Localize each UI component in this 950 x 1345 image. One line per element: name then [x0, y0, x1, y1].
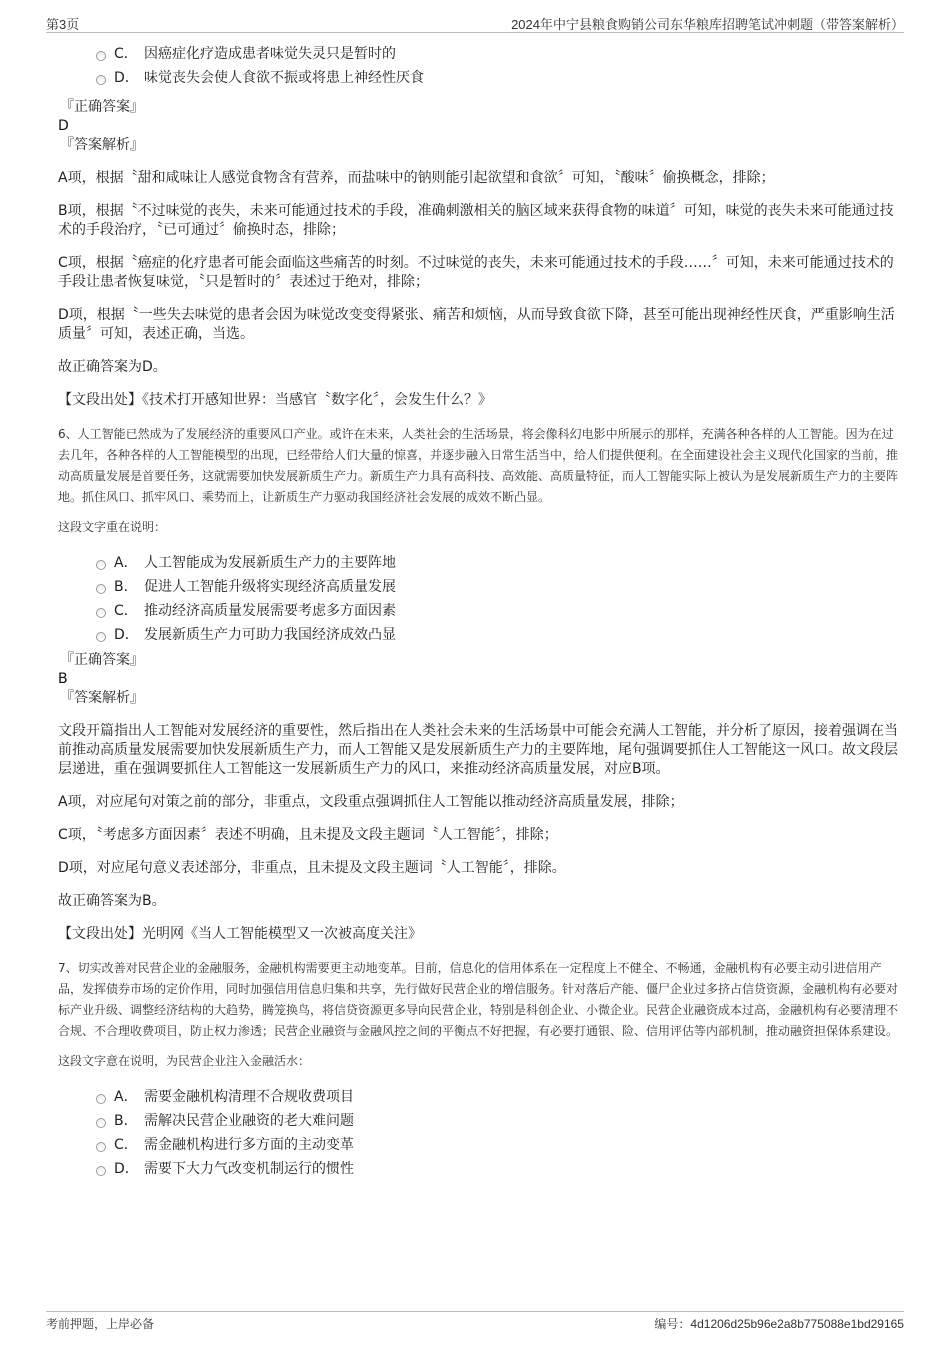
- option-c[interactable]: C． 推动经济高质量发展需要考虑多方面因素: [58, 599, 898, 623]
- analysis-paragraph: D项，对应尾句意义表述部分，非重点，且未提及文段主题词〝人工智能〞，排除。: [58, 859, 898, 878]
- radio-icon[interactable]: [96, 51, 106, 61]
- question-body: 人工智能已然成为了发展经济的重要风口产业。或许在未来，人类社会的生活场景，将会像…: [58, 427, 898, 504]
- option-a[interactable]: A． 需要金融机构清理不合规收费项目: [58, 1085, 898, 1109]
- option-letter: C．: [114, 42, 138, 66]
- option-letter: D．: [114, 1157, 139, 1181]
- page-number: 第3页: [46, 14, 79, 33]
- correct-answer: D: [58, 117, 898, 136]
- option-a[interactable]: A． 人工智能成为发展新质生产力的主要阵地: [58, 551, 898, 575]
- option-text: 发展新质生产力可助力我国经济成效凸显: [144, 623, 396, 647]
- question-6-text: 6、人工智能已然成为了发展经济的重要风口产业。或许在未来，人类社会的生活场景，将…: [58, 424, 898, 508]
- analysis-paragraph: 文段开篇指出人工智能对发展经济的重要性，然后指出在人类社会未来的生活场景中可能会…: [58, 722, 898, 779]
- analysis-conclusion: 故正确答案为B。: [58, 892, 898, 911]
- option-text: 人工智能成为发展新质生产力的主要阵地: [144, 551, 396, 575]
- radio-icon[interactable]: [96, 632, 106, 642]
- question-6-options: A． 人工智能成为发展新质生产力的主要阵地 B． 促进人工智能升级将实现经济高质…: [58, 551, 898, 647]
- option-c[interactable]: C． 需金融机构进行多方面的主动变革: [58, 1133, 898, 1157]
- option-letter: C．: [114, 1133, 138, 1157]
- question-number: 7、: [58, 961, 78, 975]
- question-7-options: A． 需要金融机构清理不合规收费项目 B． 需解决民营企业融资的老大难问题 C．…: [58, 1085, 898, 1181]
- radio-icon[interactable]: [96, 1094, 106, 1104]
- option-text: 促进人工智能升级将实现经济高质量发展: [144, 575, 396, 599]
- option-text: 推动经济高质量发展需要考虑多方面因素: [144, 599, 396, 623]
- question-stem: 这段文字意在说明，为民营企业注入金融活水：: [58, 1052, 898, 1071]
- option-text: 味觉丧失会使人食欲不振或将患上神经性厌食: [144, 66, 424, 90]
- option-letter: C．: [114, 599, 138, 623]
- option-letter: D．: [114, 66, 139, 90]
- option-letter: A．: [114, 1085, 138, 1109]
- radio-icon[interactable]: [96, 584, 106, 594]
- radio-icon[interactable]: [96, 75, 106, 85]
- option-d[interactable]: D． 需要下大力气改变机制运行的惯性: [58, 1157, 898, 1181]
- option-b[interactable]: B． 需解决民营企业融资的老大难问题: [58, 1109, 898, 1133]
- option-d[interactable]: D． 味觉丧失会使人食欲不振或将患上神经性厌食: [58, 66, 898, 90]
- option-text: 需要金融机构清理不合规收费项目: [144, 1085, 354, 1109]
- serial-number: 编号：4d1206d25b96e2a8b775088e1bd29165: [654, 1315, 904, 1332]
- option-text: 需解决民营企业融资的老大难问题: [144, 1109, 354, 1133]
- question-number: 6、: [58, 427, 78, 441]
- analysis-conclusion: 故正确答案为D。: [58, 358, 898, 377]
- option-letter: A．: [114, 551, 138, 575]
- option-b[interactable]: B． 促进人工智能升级将实现经济高质量发展: [58, 575, 898, 599]
- option-letter: B．: [114, 1109, 138, 1133]
- analysis-paragraph: B项，根据〝不过味觉的丧失，未来可能通过技术的手段，准确刺激相关的脑区域来获得食…: [58, 202, 898, 240]
- correct-answer: B: [58, 670, 898, 689]
- radio-icon[interactable]: [96, 608, 106, 618]
- radio-icon[interactable]: [96, 1166, 106, 1176]
- page-header: 第3页 2024年中宁县粮食购销公司东华粮库招聘笔试冲刺题（带答案解析）: [46, 14, 904, 33]
- analysis-paragraph: D项，根据〝一些失去味觉的患者会因为味觉改变变得紧张、痛苦和烦恼，从而导致食欲下…: [58, 306, 898, 344]
- option-text: 需金融机构进行多方面的主动变革: [144, 1133, 354, 1157]
- analysis-label: 『答案解析』: [60, 136, 898, 155]
- document-title: 2024年中宁县粮食购销公司东华粮库招聘笔试冲刺题（带答案解析）: [511, 14, 904, 33]
- question-7-text: 7、切实改善对民营企业的金融服务，金融机构需要更主动地变革。目前，信息化的信用体…: [58, 958, 898, 1042]
- analysis-paragraph: C项，〝考虑多方面因素〞表述不明确，且未提及文段主题词〝人工智能〞，排除；: [58, 826, 898, 845]
- question-stem: 这段文字重在说明：: [58, 518, 898, 537]
- correct-answer-label: 『正确答案』: [60, 98, 898, 117]
- analysis-label: 『答案解析』: [60, 689, 898, 708]
- correct-answer-label: 『正确答案』: [60, 651, 898, 670]
- option-letter: B．: [114, 575, 138, 599]
- option-c[interactable]: C． 因癌症化疗造成患者味觉失灵只是暂时的: [58, 42, 898, 66]
- document-body: C． 因癌症化疗造成患者味觉失灵只是暂时的 D． 味觉丧失会使人食欲不振或将患上…: [58, 42, 898, 1181]
- page-footer: 考前押题，上岸必备 编号：4d1206d25b96e2a8b775088e1bd…: [46, 1311, 904, 1332]
- analysis-paragraph: A项，根据〝甜和咸味让人感觉食物含有营养，而盐味中的钠则能引起欲望和食欲〞可知，…: [58, 169, 898, 188]
- option-d[interactable]: D． 发展新质生产力可助力我国经济成效凸显: [58, 623, 898, 647]
- footer-slogan: 考前押题，上岸必备: [46, 1315, 154, 1332]
- source-citation: 【文段出处】《技术打开感知世界：当感官〝数字化〞，会发生什么？》: [58, 391, 898, 410]
- analysis-paragraph: C项，根据〝癌症的化疗患者可能会面临这些痛苦的时刻。不过味觉的丧失，未来可能通过…: [58, 254, 898, 292]
- option-text: 需要下大力气改变机制运行的惯性: [144, 1157, 354, 1181]
- analysis-paragraph: A项，对应尾句对策之前的部分，非重点，文段重点强调抓住人工智能以推动经济高质量发…: [58, 793, 898, 812]
- radio-icon[interactable]: [96, 1142, 106, 1152]
- radio-icon[interactable]: [96, 1118, 106, 1128]
- source-citation: 【文段出处】光明网《当人工智能模型又一次被高度关注》: [58, 925, 898, 944]
- option-text: 因癌症化疗造成患者味觉失灵只是暂时的: [144, 42, 396, 66]
- question-5-options: C． 因癌症化疗造成患者味觉失灵只是暂时的 D． 味觉丧失会使人食欲不振或将患上…: [58, 42, 898, 90]
- question-body: 切实改善对民营企业的金融服务，金融机构需要更主动地变革。目前，信息化的信用体系在…: [58, 961, 898, 1038]
- option-letter: D．: [114, 623, 139, 647]
- radio-icon[interactable]: [96, 560, 106, 570]
